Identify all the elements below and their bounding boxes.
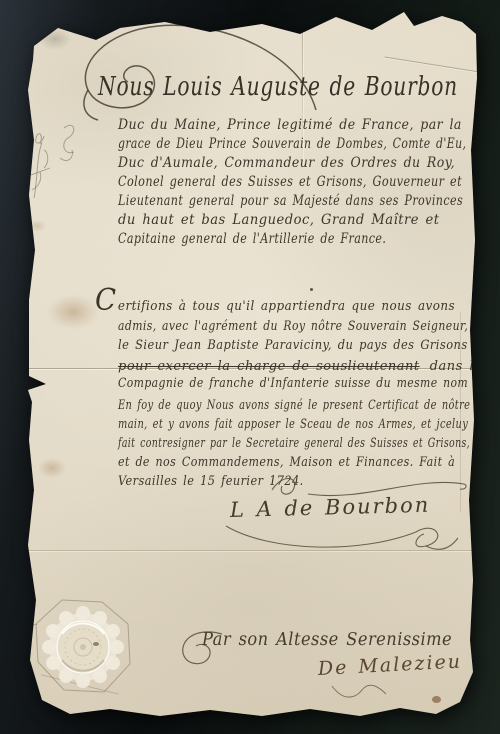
- certification-line: fait contresigner par le Secretaire gene…: [118, 437, 470, 450]
- stain-top-left-corner: [38, 28, 72, 50]
- certification-line: le Sieur Jean Baptiste Paraviciny, du pa…: [118, 339, 468, 352]
- document-paper: Nous Louis Auguste de Bourbon Duc du Mai…: [24, 12, 478, 722]
- certification-line: En foy de quoy Nous avons signé le prese…: [118, 399, 470, 412]
- title-line: Duc du Maine, Prince legitimé de France,…: [118, 119, 462, 133]
- horizontal-fold-crease-lower: [24, 550, 478, 551]
- corner-crease-top-right: [385, 56, 480, 72]
- stain-left-lower: [38, 458, 66, 478]
- calligraphic-flourish-icon: [54, 12, 334, 127]
- struck-clause-line: pour exercer la charge de souslieutenant…: [118, 360, 470, 373]
- speck-bottom-right: [432, 696, 441, 703]
- stain-left-upper: [28, 220, 46, 232]
- title-line: grace de Dieu Prince Souverain de Dombes…: [118, 138, 466, 152]
- certification-line: Compagnie de franche d'Infanterie suisse…: [118, 377, 468, 390]
- dateline: Versailles le 15 feurier 1724.: [118, 475, 304, 488]
- stain-left-middle: [46, 294, 100, 330]
- embossed-seal: [34, 596, 134, 700]
- title-line: Capitaine general de l'Artillerie de Fra…: [118, 233, 386, 247]
- seal-graphic-icon: [34, 596, 134, 700]
- title-line: Lieutenant general pour sa Majesté dans …: [118, 195, 463, 209]
- title-line: du haut et bas Languedoc, Grand Maître e…: [118, 214, 440, 228]
- title-line: Colonel general des Suisses et Grisons, …: [118, 176, 462, 190]
- document-title: Nous Louis Auguste de Bourbon: [98, 74, 458, 100]
- signature-secretary: De Malezieu: [318, 652, 463, 679]
- certification-line: et de nos Commandemens, Maison et Financ…: [118, 456, 455, 469]
- title-line: Duc d'Aumale, Commandeur des Ordres du R…: [118, 157, 455, 171]
- closing-line: Par son Altesse Serenissime: [202, 632, 452, 650]
- marginal-inscription-icon: [24, 98, 84, 228]
- certification-line: main, et y avons fait apposer le Sceau d…: [118, 418, 468, 431]
- clause-tail: dans la: [430, 360, 483, 373]
- document-paper-wrap: Nous Louis Auguste de Bourbon Duc du Mai…: [24, 12, 478, 722]
- struck-text: pour exercer la charge de souslieutenant: [118, 360, 420, 373]
- photo-backdrop: Nous Louis Auguste de Bourbon Duc du Mai…: [0, 0, 500, 734]
- signature-bourbon: L A de Bourbon: [230, 495, 431, 521]
- certification-line: admis, avec l'agrément du Roy nôtre Souv…: [118, 320, 468, 333]
- secretary-flourish-icon: [324, 680, 394, 706]
- certification-line: Certifions à tous qu'il appartiendra que…: [95, 286, 455, 316]
